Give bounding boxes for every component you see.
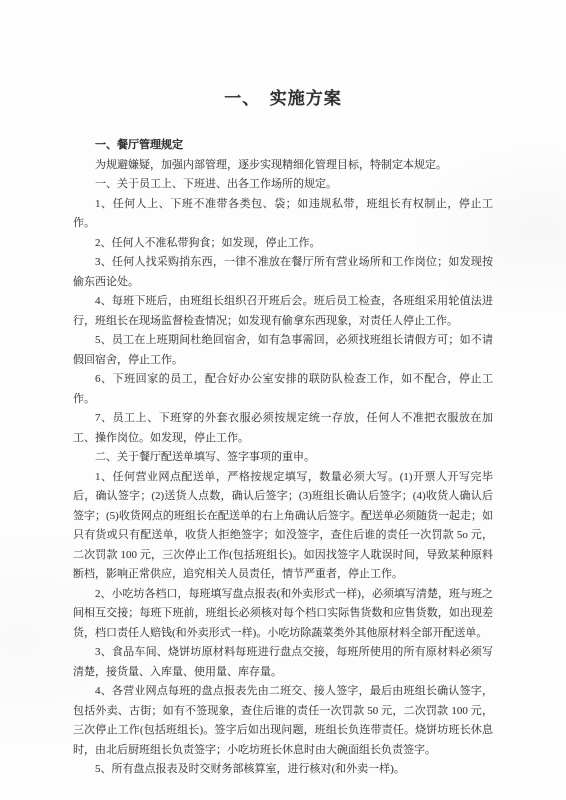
rule-item-7: 7、员工上、下班穿的外套衣服必须按规定统一存放，任何人不准把衣服放在加工、操作岗…	[73, 409, 493, 448]
delivery-rule-1: 1、任何营业网点配送单，严格按规定填写，数量必须大写。(1)开票人开写完毕后，确…	[73, 468, 493, 585]
rule-item-3: 3、任何人找采购捎东西，一律不准放在餐厅所有营业场所和工作岗位；如发现按偷东西论…	[73, 253, 493, 292]
rule-item-1: 1、任何人上、下班不准带各类包、袋；如违规私带，班组长有权制止，停止工作。	[73, 195, 493, 234]
delivery-rule-2: 2、小吃坊各档口，每班填写盘点报表(和外卖形式一样)，必须填写清楚，班与班之间相…	[73, 585, 493, 644]
rule-item-5: 5、员工在上班期间杜绝回宿舍，如有急事需回，必须找班组长请假方可；如不请假回宿舍…	[73, 331, 493, 370]
section-heading-restaurant-rules: 一、餐厅管理规定	[73, 136, 493, 156]
delivery-rule-4: 4、各营业网点每班的盘点报表先由二班交、接人签字，最后由班组长确认签字，包括外卖…	[73, 682, 493, 760]
subsection-heading-delivery-signing: 二、关于餐厅配送单填写、签字事项的重申。	[73, 448, 493, 468]
page-title: 一、 实施方案	[73, 84, 493, 109]
document-page: 一、 实施方案 一、餐厅管理规定 为规避嫌疑，加强内部管理，逐步实现精细化管理目…	[0, 0, 566, 800]
subsection-heading-workplace-entry: 一、关于员工上、下班进、出各工作场所的规定。	[73, 175, 493, 195]
delivery-rule-5: 5、所有盘点报表及时交财务部核算室，进行核对(和外卖一样)。	[73, 760, 493, 780]
delivery-rule-3: 3、食品车间、烧饼坊原材料每班进行盘点交接，每班所使用的所有原材料必须写清楚，接…	[73, 643, 493, 682]
paragraph-purpose: 为规避嫌疑，加强内部管理，逐步实现精细化管理目标，特制定本规定。	[73, 156, 493, 176]
rule-item-4: 4、每班下班后，由班组长组织召开班后会。班后员工检查，各班组采用轮值法进行，班组…	[73, 292, 493, 331]
rule-item-2: 2、任何人不准私带狗食；如发现，停止工作。	[73, 234, 493, 254]
rule-item-6: 6、下班回家的员工，配合好办公室安排的联防队检查工作，如不配合，停止工作。	[73, 370, 493, 409]
